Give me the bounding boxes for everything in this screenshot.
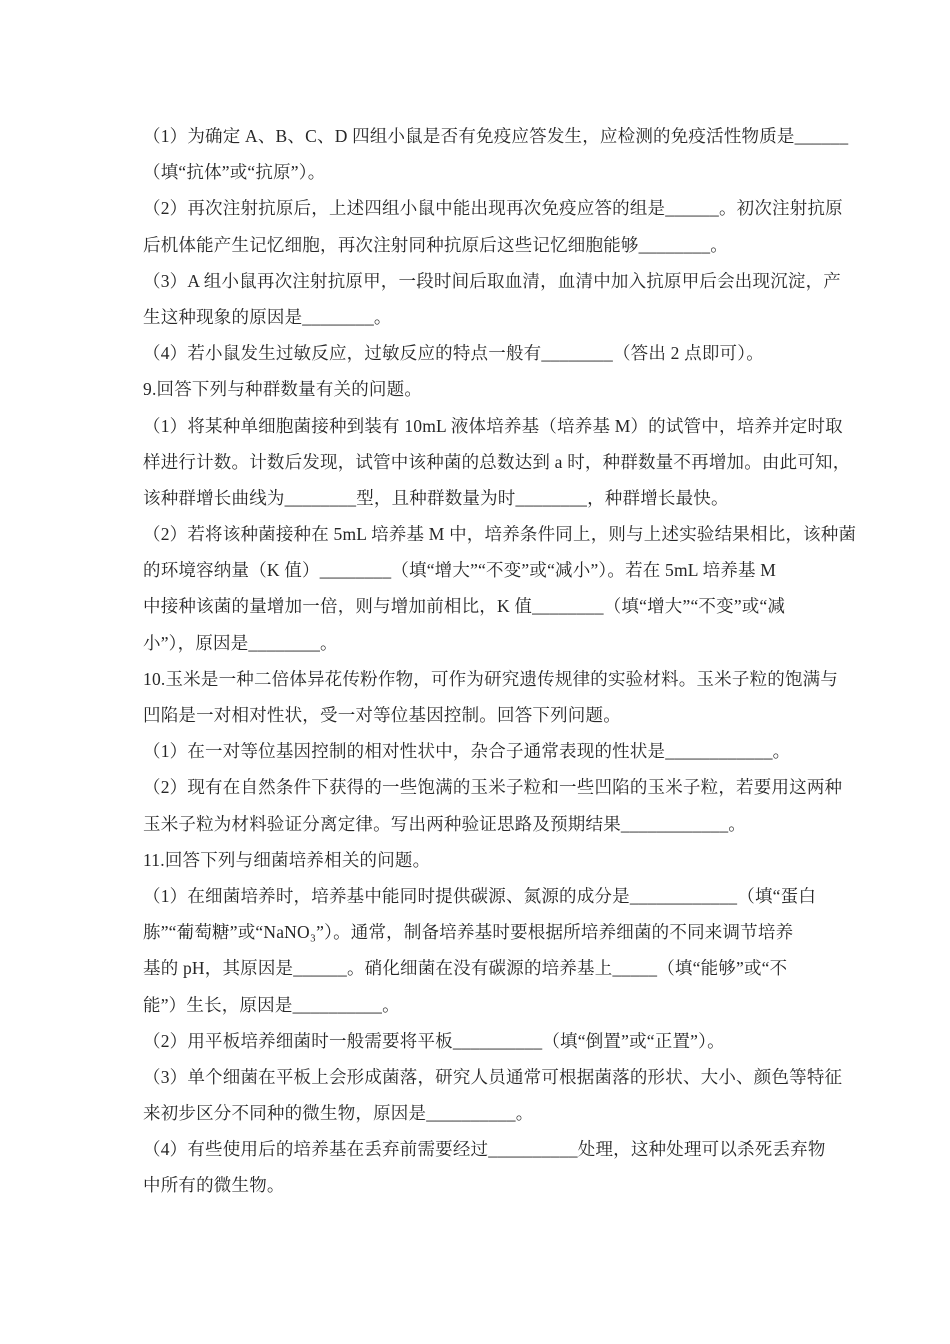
question-number-line: 10.玉米是一种二倍体异花传粉作物，可作为研究遗传规律的实验材料。玉米子粒的饱满…	[143, 661, 833, 697]
text-line: （1）为确定 A、B、C、D 四组小鼠是否有免疫应答发生，应检测的免疫活性物质是…	[143, 118, 833, 154]
text-line: 胨”“葡萄糖”或“NaNO₃”）。通常，制备培养基时要根据所培养细菌的不同来调节…	[143, 914, 833, 950]
text-line: （1）将某种单细胞菌接种到装有 10mL 液体培养基（培养基 M）的试管中，培养…	[143, 408, 833, 444]
text-line: 小”），原因是________。	[143, 625, 833, 661]
document-body: （1）为确定 A、B、C、D 四组小鼠是否有免疫应答发生，应检测的免疫活性物质是…	[143, 118, 833, 1204]
text-line: （3）单个细菌在平板上会形成菌落，研究人员通常可根据菌落的形状、大小、颜色等特征	[143, 1059, 833, 1095]
text-line: （2）再次注射抗原后，上述四组小鼠中能出现再次免疫应答的组是______。初次注…	[143, 190, 833, 226]
text-line: （4）若小鼠发生过敏反应，过敏反应的特点一般有________（答出 2 点即可…	[143, 335, 833, 371]
text-line: （1）在一对等位基因控制的相对性状中，杂合子通常表现的性状是__________…	[143, 733, 833, 769]
text-line: 中所有的微生物。	[143, 1167, 833, 1203]
text-line: 能”）生长，原因是__________。	[143, 987, 833, 1023]
text-line: （1）在细菌培养时，培养基中能同时提供碳源、氮源的成分是____________…	[143, 878, 833, 914]
text-line: （填“抗体”或“抗原”）。	[143, 154, 833, 190]
question-11-block: 11.回答下列与细菌培养相关的问题。 （1）在细菌培养时，培养基中能同时提供碳源…	[143, 842, 833, 1204]
text-line: 的环境容纳量（K 值）________（填“增大”“不变”或“减小”）。若在 5…	[143, 552, 833, 588]
exam-page: （1）为确定 A、B、C、D 四组小鼠是否有免疫应答发生，应检测的免疫活性物质是…	[0, 0, 950, 1344]
text-line: 中接种该菌的量增加一倍，则与增加前相比，K 值________（填“增大”“不变…	[143, 588, 833, 624]
text-line: 该种群增长曲线为________型，且种群数量为时________，种群增长最快…	[143, 480, 833, 516]
text-line: （2）现有在自然条件下获得的一些饱满的玉米子粒和一些凹陷的玉米子粒，若要用这两种	[143, 769, 833, 805]
text-line: 样进行计数。计数后发现，试管中该种菌的总数达到 a 时，种群数量不再增加。由此可…	[143, 444, 833, 480]
text-line: （4）有些使用后的培养基在丢弃前需要经过__________处理，这种处理可以杀…	[143, 1131, 833, 1167]
text-line: 玉米子粒为材料验证分离定律。写出两种验证思路及预期结果____________。	[143, 806, 833, 842]
text-line: 来初步区分不同种的微生物，原因是__________。	[143, 1095, 833, 1131]
text-line: 后机体能产生记忆细胞，再次注射同种抗原后这些记忆细胞能够________。	[143, 227, 833, 263]
text-line: （2）若将该种菌接种在 5mL 培养基 M 中，培养条件同上，则与上述实验结果相…	[143, 516, 833, 552]
text-line: （3）A 组小鼠再次注射抗原甲，一段时间后取血清，血清中加入抗原甲后会出现沉淀，…	[143, 263, 833, 299]
text-line: 凹陷是一对相对性状，受一对等位基因控制。回答下列问题。	[143, 697, 833, 733]
question-10-block: 10.玉米是一种二倍体异花传粉作物，可作为研究遗传规律的实验材料。玉米子粒的饱满…	[143, 661, 833, 842]
text-line: 基的 pH，其原因是______。硝化细菌在没有碳源的培养基上_____（填“能…	[143, 950, 833, 986]
question-number-line: 9.回答下列与种群数量有关的问题。	[143, 371, 833, 407]
question-8-block: （1）为确定 A、B、C、D 四组小鼠是否有免疫应答发生，应检测的免疫活性物质是…	[143, 118, 833, 371]
text-line: （2）用平板培养细菌时一般需要将平板__________（填“倒置”或“正置”）…	[143, 1023, 833, 1059]
question-number-line: 11.回答下列与细菌培养相关的问题。	[143, 842, 833, 878]
question-9-block: 9.回答下列与种群数量有关的问题。 （1）将某种单细胞菌接种到装有 10mL 液…	[143, 371, 833, 661]
text-line: 生这种现象的原因是________。	[143, 299, 833, 335]
